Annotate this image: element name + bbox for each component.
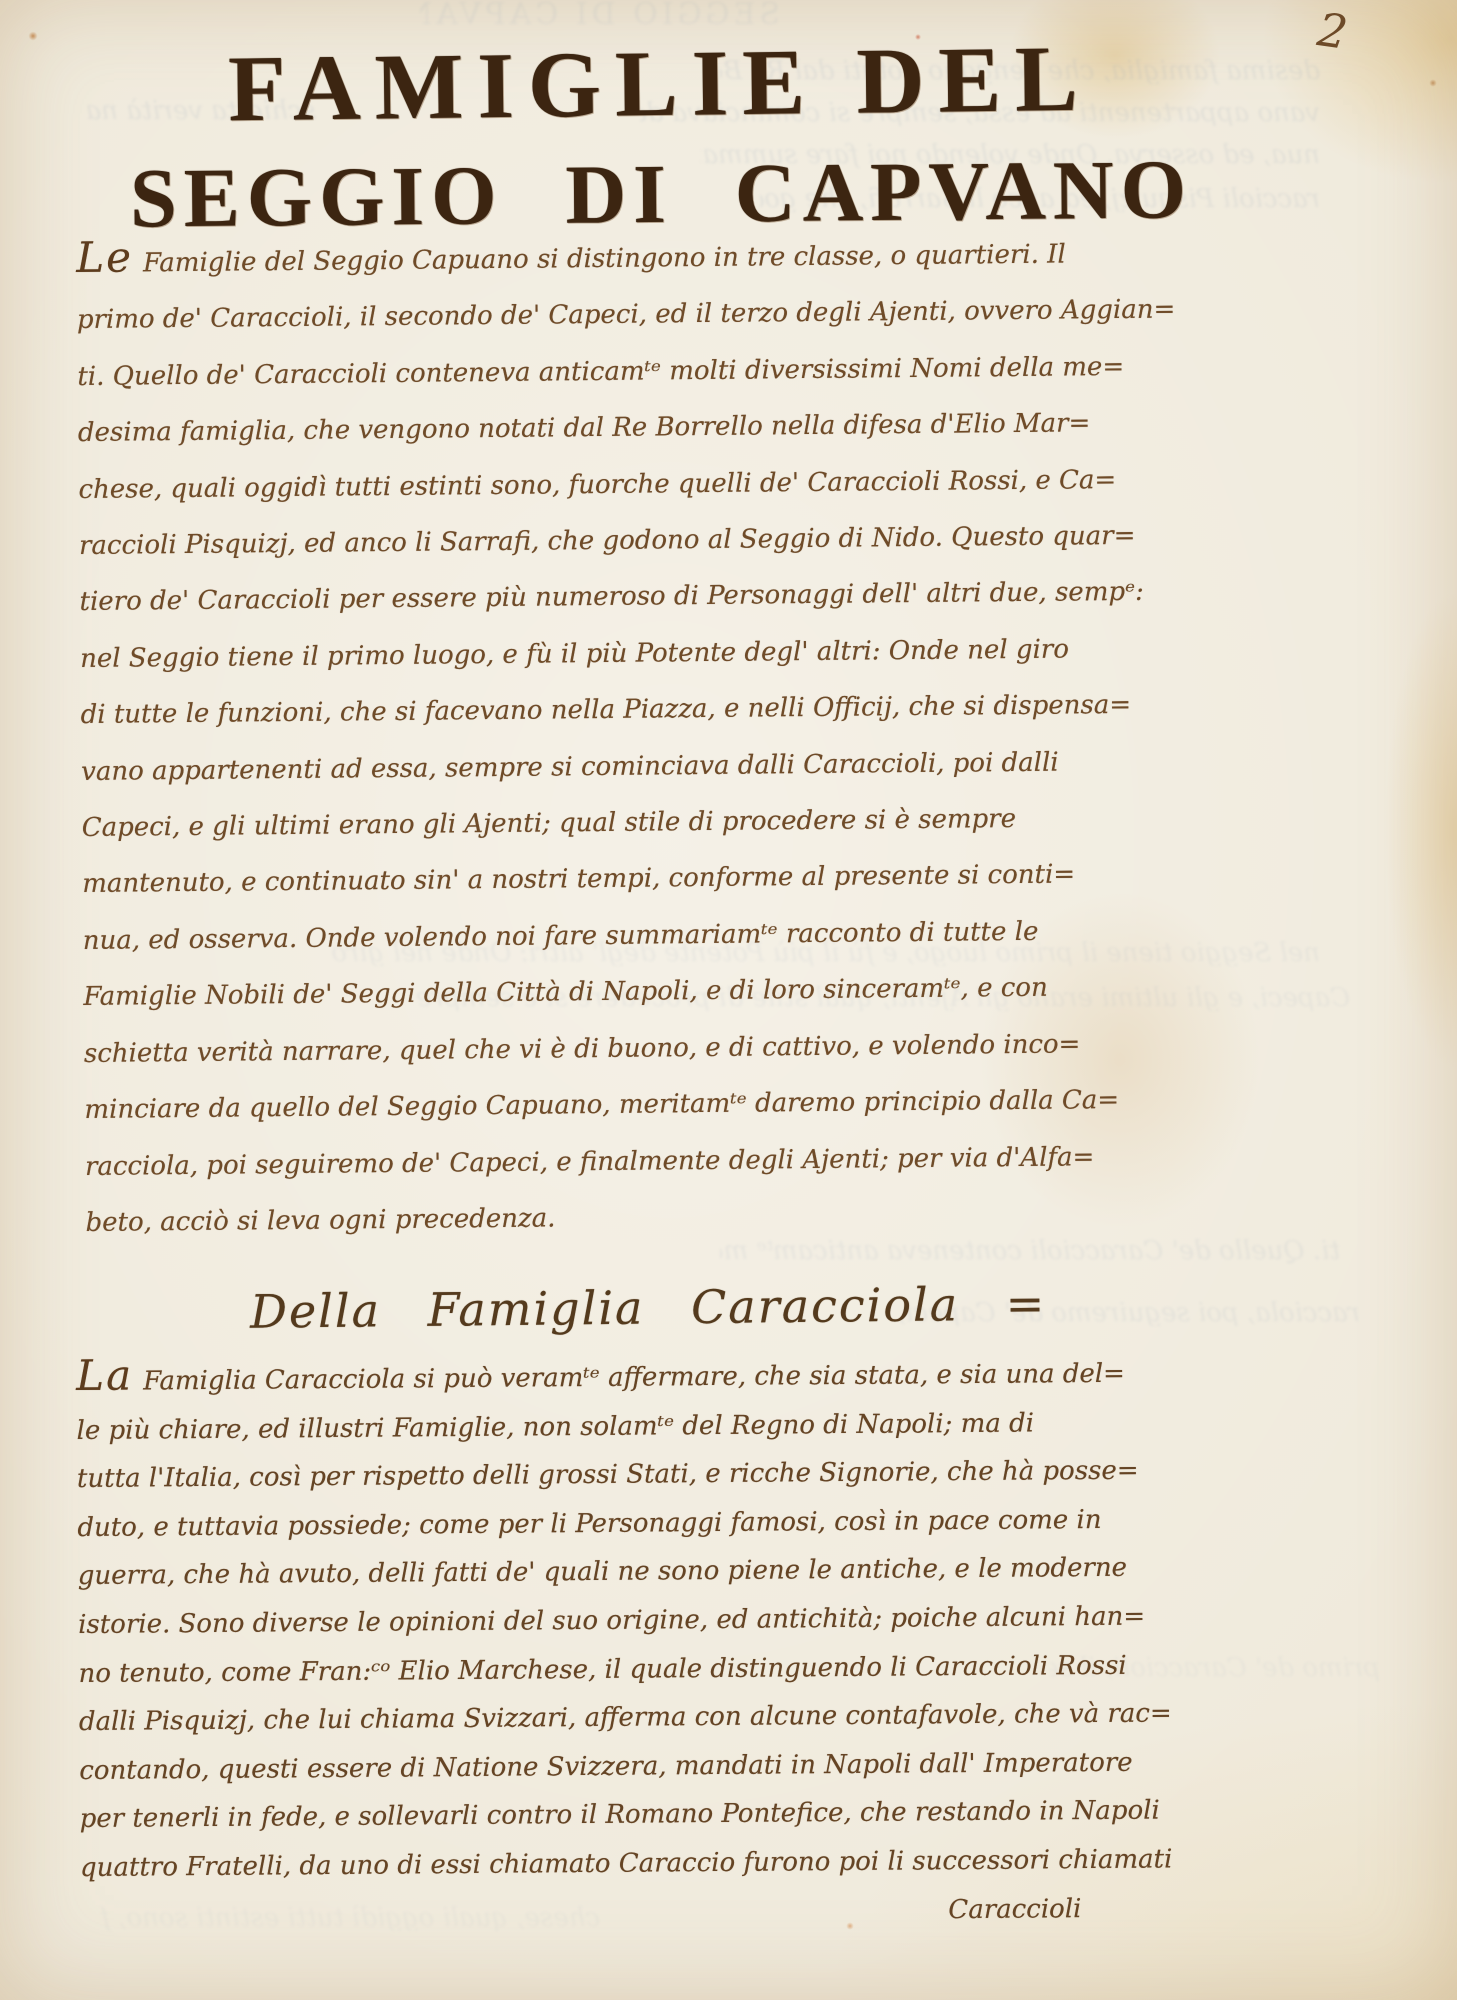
manuscript-line: per tenerli in fede, e sollevarli contro…: [79, 1787, 1154, 1844]
folio-number: 2: [1314, 2, 1351, 60]
manuscript-line: primo de' Caraccioli, il secondo de' Cap…: [77, 282, 1152, 349]
initial-capital: La: [76, 1351, 133, 1400]
page-title-line-1: FAMIGLIE DEL: [159, 24, 1160, 144]
manuscript-line: Capeci, e gli ultimi erano gli Ajenti; q…: [81, 790, 1156, 857]
manuscript-line: no tenuto, come Fran:ᶜᵒ Elio Marchese, i…: [78, 1641, 1153, 1698]
catchword: Caraccioli: [80, 1884, 1155, 1941]
manuscript-line: desima famiglia, che vengono notati dal …: [78, 395, 1153, 462]
manuscript-line: contando, questi essere di Natione Svizz…: [79, 1738, 1154, 1795]
manuscript-page: SEGGIO DI CAPVANO desima famiglia, che v…: [0, 0, 1457, 2000]
manuscript-line: chese, quali oggidì tutti estinti sono, …: [78, 451, 1153, 518]
manuscript-line: nel Seggio tiene il primo luogo, e fù il…: [80, 621, 1155, 688]
manuscript-line: minciare da quello del Seggio Capuano, m…: [84, 1072, 1159, 1139]
manuscript-line: mantenuto, e continuato sin' a nostri te…: [82, 846, 1157, 913]
manuscript-line: istorie. Sono diverse le opinioni del su…: [78, 1593, 1153, 1650]
manuscript-line: le più chiare, ed illustri Famiglie, non…: [76, 1398, 1151, 1455]
manuscript-line: guerra, che hà avuto, delli fatti de' qu…: [78, 1544, 1153, 1601]
manuscript-line: racciola, poi seguiremo de' Capeci, e fi…: [85, 1128, 1160, 1195]
manuscript-line: quattro Fratelli, da uno di essi chiamat…: [80, 1835, 1155, 1892]
manuscript-line: schietta verità narrare, quel che vi è d…: [84, 1015, 1159, 1082]
family-paragraph: LaFamiglia Caracciola si può veramᵗᵉ aff…: [76, 1344, 1156, 1942]
manuscript-line: LaFamiglia Caracciola si può veramᵗᵉ aff…: [76, 1344, 1151, 1407]
manuscript-line: nua, ed osserva. Onde volendo noi fare s…: [83, 903, 1158, 970]
manuscript-line: ti. Quello de' Caraccioli conteneva anti…: [77, 338, 1152, 405]
section-heading: Della Famiglia Caracciola =: [250, 1275, 1151, 1338]
initial-capital: Le: [76, 232, 133, 282]
manuscript-line: LeFamiglie del Seggio Capuano si disting…: [76, 220, 1152, 293]
manuscript-line: beto, acciò si leva ogni precedenza.: [85, 1185, 1160, 1252]
manuscript-line: tiero de' Caraccioli per essere più nume…: [79, 564, 1154, 631]
manuscript-line-text: Famiglia Caracciola si può veramᵗᵉ affer…: [143, 1359, 1125, 1397]
manuscript-line: Famiglie Nobili de' Seggi della Città di…: [83, 959, 1158, 1026]
manuscript-line-text: Famiglie del Seggio Capuano si distingon…: [143, 240, 1066, 279]
manuscript-line: raccioli Pisquizj, ed anco li Sarrafi, c…: [79, 508, 1154, 575]
manuscript-line: di tutte le funzioni, che si facevano ne…: [80, 677, 1155, 744]
manuscript-line: dalli Pisquizj, che lui chiama Svizzari,…: [79, 1690, 1154, 1747]
manuscript-line: vano appartenenti ad essa, sempre si com…: [81, 733, 1156, 800]
manuscript-line: tutta l'Italia, così per rispetto delli …: [77, 1447, 1152, 1504]
bleedthrough-text: SEGGIO DI CAPVANO: [420, 0, 780, 30]
intro-paragraph: LeFamiglie del Seggio Capuano si disting…: [76, 220, 1161, 1252]
manuscript-line: duto, e tuttavia possiede; come per li P…: [77, 1495, 1152, 1552]
